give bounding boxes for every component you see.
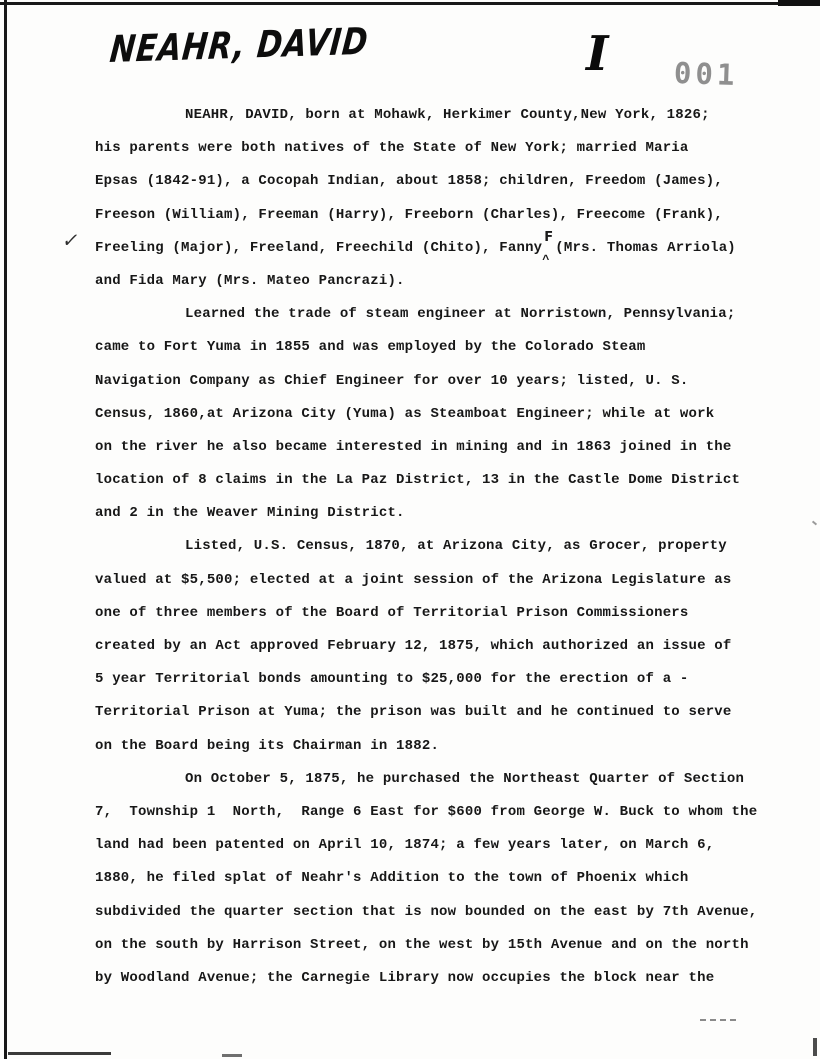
text-line: created by an Act approved February 12, … (95, 630, 757, 663)
scan-artifact (222, 1054, 242, 1057)
text-line: 1880, he filed splat of Neahr's Addition… (95, 862, 757, 895)
handwritten-title: NEAHR, DAVID (108, 20, 370, 71)
text-line: location of 8 claims in the La Paz Distr… (95, 464, 757, 497)
text-line: his parents were both natives of the Sta… (95, 132, 757, 165)
text-line: Listed, U.S. Census, 1870, at Arizona Ci… (95, 530, 757, 563)
text-segment: (Mrs. Thomas Arriola) (555, 240, 736, 256)
scan-artifact (700, 1019, 736, 1021)
scan-border-left (4, 0, 7, 1059)
text-segment: Freeling (Major), Freeland, Freechild (C… (95, 240, 542, 256)
scan-artifact (8, 1052, 111, 1055)
text-line: 5 year Territorial bonds amounting to $2… (95, 663, 757, 696)
scan-border-top-right (778, 0, 820, 6)
document-page: NEAHR, DAVID I 001 ✓ NEAHR, DAVID, born … (0, 0, 820, 1059)
text-line: Freeling (Major), Freeland, Freechild (C… (95, 232, 757, 265)
text-line: valued at $5,500; elected at a joint ses… (95, 564, 757, 597)
text-line: and Fida Mary (Mrs. Mateo Pancrazi). (95, 265, 757, 298)
text-line: on the river he also became interested i… (95, 431, 757, 464)
text-line: one of three members of the Board of Ter… (95, 597, 757, 630)
text-line: Navigation Company as Chief Engineer for… (95, 365, 757, 398)
text-line: came to Fort Yuma in 1855 and was employ… (95, 331, 757, 364)
text-line: Territorial Prison at Yuma; the prison w… (95, 696, 757, 729)
text-line: on the south by Harrison Street, on the … (95, 929, 757, 962)
scan-artifact (812, 521, 817, 526)
text-line: 7, Township 1 North, Range 6 East for $6… (95, 796, 757, 829)
insertion-mark: F^ (542, 237, 555, 251)
document-body: NEAHR, DAVID, born at Mohawk, Herkimer C… (95, 99, 757, 995)
page-number-stamp: 001 (673, 56, 739, 92)
scan-artifact (813, 1038, 817, 1056)
page-numeral: I (586, 26, 608, 82)
text-line: on the Board being its Chairman in 1882. (95, 730, 757, 763)
text-line: Freeson (William), Freeman (Harry), Free… (95, 199, 757, 232)
text-line: Learned the trade of steam engineer at N… (95, 298, 757, 331)
text-line: and 2 in the Weaver Mining District. (95, 497, 757, 530)
scan-border-top (0, 2, 820, 5)
text-line: land had been patented on April 10, 1874… (95, 829, 757, 862)
text-line: by Woodland Avenue; the Carnegie Library… (95, 962, 757, 995)
text-line: On October 5, 1875, he purchased the Nor… (95, 763, 757, 796)
text-line: subdivided the quarter section that is n… (95, 896, 757, 929)
text-line: Epsas (1842-91), a Cocopah Indian, about… (95, 165, 757, 198)
caret-icon: ^ (542, 244, 549, 277)
text-line: NEAHR, DAVID, born at Mohawk, Herkimer C… (95, 99, 757, 132)
margin-checkmark-icon: ✓ (61, 228, 80, 254)
text-line: Census, 1860,at Arizona City (Yuma) as S… (95, 398, 757, 431)
